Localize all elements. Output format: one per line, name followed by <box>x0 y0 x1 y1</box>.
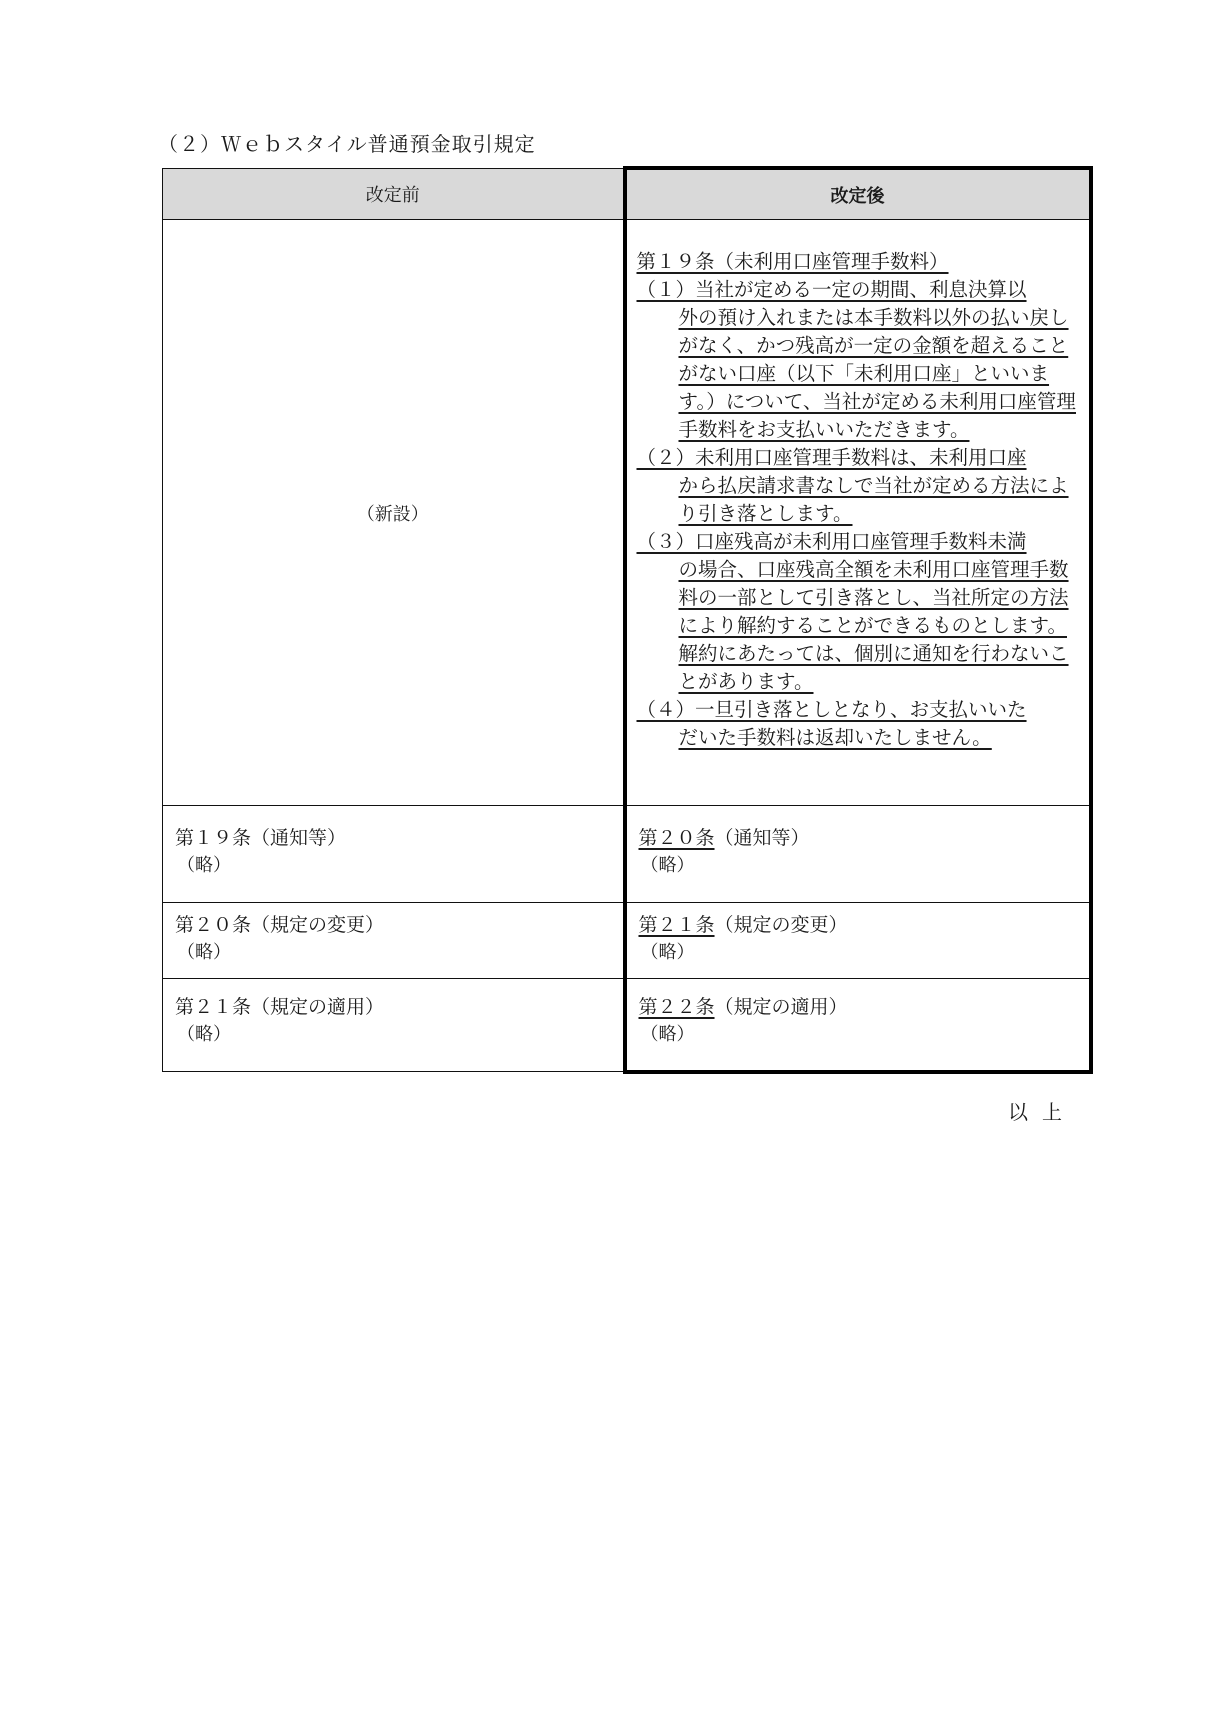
section-title: （２）Ｗｅｂスタイル普通預金取引規定 <box>158 128 536 157</box>
omitted-label: （略） <box>175 939 611 967</box>
omitted-label: （略） <box>639 939 1077 967</box>
paragraph-text: 当社が定める一定の期間、利息決算以 <box>695 278 1027 301</box>
paragraph-number: （４） <box>637 698 696 721</box>
article-number: 第２０条 <box>175 914 251 936</box>
paragraph-text: 口座残高が未利用口座管理手数料未満 <box>695 530 1027 553</box>
omitted-label: （略） <box>175 1021 611 1049</box>
cell-after: 第２０条（通知等） （略） <box>625 806 1091 903</box>
paragraph-4: （４）一旦引き落としとなり、お支払いいただいた手数料は返却いたしません。 <box>637 696 1079 752</box>
header-after: 改定後 <box>625 168 1091 220</box>
cell-before: 第２１条（規定の適用） （略） <box>163 979 625 1072</box>
table-row: 第１９条（通知等） （略） 第２０条（通知等） （略） <box>163 806 1091 903</box>
cell-before: 第２０条（規定の変更） （略） <box>163 903 625 979</box>
cell-after: 第２１条（規定の変更） （略） <box>625 903 1091 979</box>
comparison-table: 改定前 改定後 （新設） 第１９条（未利用口座管理手数料） （１）当社が定める一… <box>162 166 1093 1074</box>
end-mark: 以上 <box>1008 1096 1076 1125</box>
header-before: 改定前 <box>163 168 625 220</box>
cell-after: 第２２条（規定の適用） （略） <box>625 979 1091 1072</box>
cell-before: 第１９条（通知等） （略） <box>163 806 625 903</box>
paragraph-3: （３）口座残高が未利用口座管理手数料未満の場合、口座残高全額を未利用口座管理手数… <box>637 528 1079 696</box>
article-title: （規定の適用） <box>251 996 384 1018</box>
table-row: 第２０条（規定の変更） （略） 第２１条（規定の変更） （略） <box>163 903 1091 979</box>
article-number: 第２２条 <box>639 996 715 1018</box>
omitted-label: （略） <box>639 852 1077 880</box>
article-number: 第２１条 <box>175 996 251 1018</box>
article-title: （規定の変更） <box>251 914 384 936</box>
article-heading: 第１９条（未利用口座管理手数料） <box>637 248 1079 276</box>
cell-before: （新設） <box>163 220 625 806</box>
omitted-label: （略） <box>175 852 611 880</box>
paragraph-number: （３） <box>637 530 696 553</box>
paragraph-number: （１） <box>637 278 696 301</box>
article-title: （規定の適用） <box>715 996 848 1018</box>
paragraph-text: 未利用口座管理手数料は、未利用口座 <box>695 446 1027 469</box>
paragraph-continuation: の場合、口座残高全額を未利用口座管理手数料の一部として引き落とし、当社所定の方法… <box>637 556 1079 696</box>
cell-after: 第１９条（未利用口座管理手数料） （１）当社が定める一定の期間、利息決算以外の預… <box>625 220 1091 806</box>
paragraph-number: （２） <box>637 446 696 469</box>
paragraph-1: （１）当社が定める一定の期間、利息決算以外の預け入れまたは本手数料以外の払い戻し… <box>637 276 1079 444</box>
paragraph-2: （２）未利用口座管理手数料は、未利用口座から払戻請求書なしで当社が定める方法によ… <box>637 444 1079 528</box>
article-title: （通知等） <box>251 827 346 849</box>
paragraph-continuation: から払戻請求書なしで当社が定める方法により引き落とします。 <box>637 472 1079 528</box>
article-title: （通知等） <box>715 827 810 849</box>
table-header-row: 改定前 改定後 <box>163 168 1091 220</box>
article-number: 第２１条 <box>639 914 715 936</box>
article-number: 第２０条 <box>639 827 715 849</box>
article-title: （規定の変更） <box>715 914 848 936</box>
paragraph-continuation: だいた手数料は返却いたしません。 <box>637 724 1079 752</box>
paragraph-continuation: 外の預け入れまたは本手数料以外の払い戻しがなく、かつ残高が一定の金額を超えること… <box>637 304 1079 444</box>
table-row: 第２１条（規定の適用） （略） 第２２条（規定の適用） （略） <box>163 979 1091 1072</box>
paragraph-text: 一旦引き落としとなり、お支払いいた <box>695 698 1027 721</box>
omitted-label: （略） <box>639 1021 1077 1049</box>
article-number: 第１９条 <box>175 827 251 849</box>
new-provision-label: （新設） <box>163 220 623 805</box>
table-row: （新設） 第１９条（未利用口座管理手数料） （１）当社が定める一定の期間、利息決… <box>163 220 1091 806</box>
